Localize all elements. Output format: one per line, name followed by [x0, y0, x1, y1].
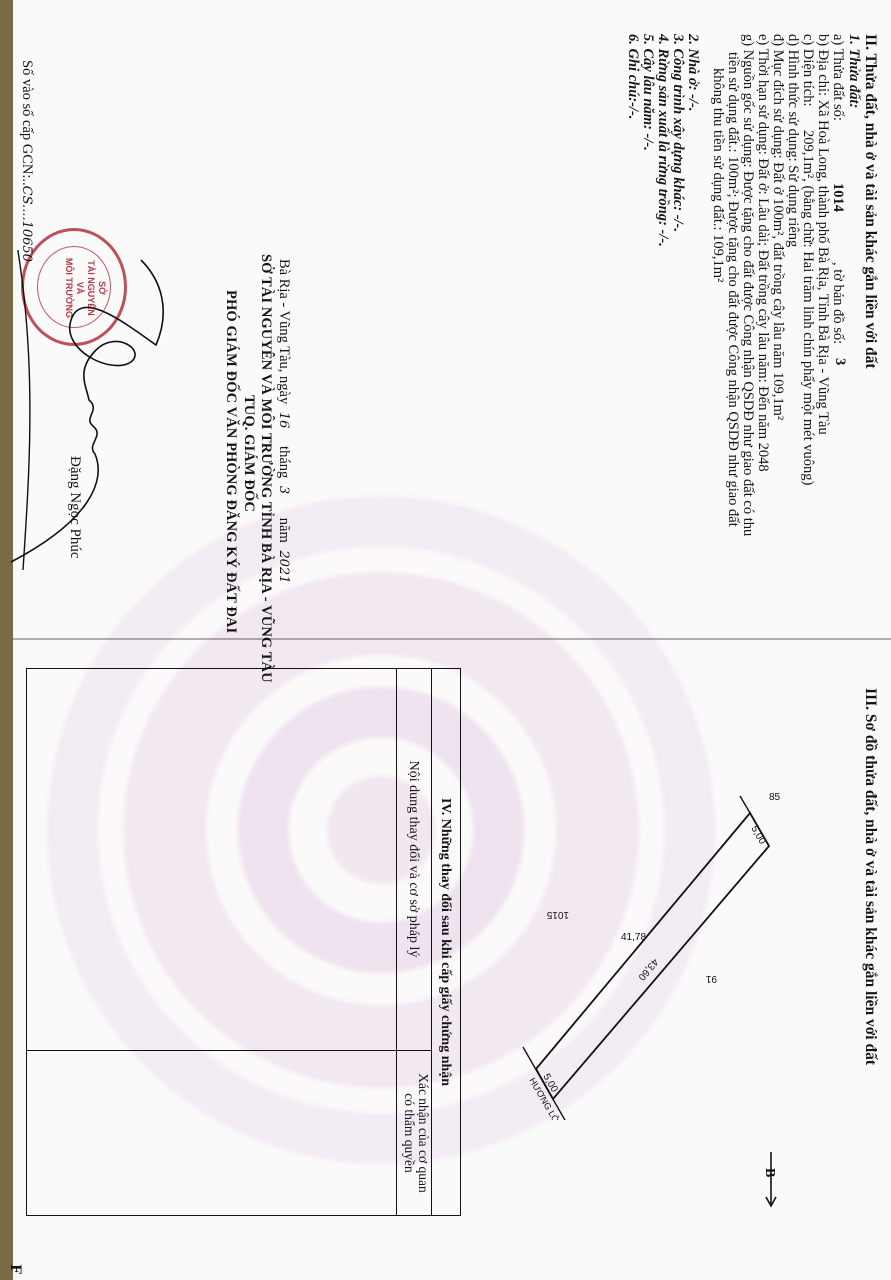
neighbor-1015: 1015 — [546, 909, 569, 920]
item-perennial: 5. Cây lâu năm: -/-. — [640, 34, 655, 151]
neighbor-85: 85 — [769, 792, 781, 803]
section-ii-title: II. Thửa đất, nhà ở và tài sản khác gắn … — [861, 34, 879, 369]
parcel-number-value: 1014 — [830, 183, 845, 212]
north-arrow-icon: B — [761, 1150, 781, 1210]
usage-purpose: đ) Mục đích sử dụng: Đất ở 100m², đất tr… — [770, 34, 785, 420]
month-label: tháng — [276, 446, 292, 478]
signer-name: Đặng Ngọc Phúc — [67, 456, 82, 558]
usage-term: e) Thời hạn sử dụng: Đất ở: Lâu dài; Đất… — [755, 34, 770, 472]
col-change-content: Nội dung thay đổi và cơ sở pháp lý — [405, 668, 421, 1050]
registry-number: Số vào sổ cấp GCN:..CS....10650 — [19, 60, 34, 262]
year-label: năm — [276, 518, 292, 543]
scan-edge — [0, 0, 13, 1280]
usage-origin-1: g) Nguồn gốc sử dụng: Được tặng cho đất … — [740, 34, 755, 536]
map-sheet-label: , tờ bản đồ số: — [830, 262, 845, 344]
certificate-page: II. Thửa đất, nhà ở và tài sản khác gắn … — [0, 0, 891, 1280]
handwritten-signature — [0, 250, 201, 570]
place-date: Bà Rịa - Vũng Tàu, ngày 16 tháng 3 năm 2… — [276, 259, 291, 583]
issuing-agency: SỞ TÀI NGUYÊN VÀ MÔI TRƯỜNG TỈNH BÀ RỊA … — [257, 254, 274, 683]
area-label: c) Diện tích: — [800, 34, 815, 106]
neighbor-91: 91 — [705, 973, 717, 984]
col-authority-confirmation: Xác nhận của cơ quan có thẩm quyền — [402, 1050, 430, 1216]
registry-label: Số vào sổ cấp GCN:.. — [19, 60, 35, 186]
page-fold — [0, 638, 891, 640]
date-month: 3 — [276, 486, 291, 494]
section-ii-sub1: 1. Thửa đất: — [846, 34, 861, 108]
corner-mark: F — [7, 1264, 23, 1274]
section-iv-title: IV. Những thay đổi sau khi cấp giấy chứn… — [437, 668, 453, 1216]
parcel-number-label: a) Thửa đất số: — [830, 34, 845, 121]
parcel-diagram: 85 5,00 41,78 43,60 1015 91 5,00 HƯƠNG L… — [491, 740, 821, 1120]
registry-value: CS....10650 — [19, 186, 34, 262]
svg-text:B: B — [762, 1168, 777, 1177]
usage-form: d) Hình thức sử dụng: Sử dụng riêng — [785, 34, 800, 247]
item-other-construction: 3. Công trình xây dựng khác: -/-. — [670, 34, 685, 232]
usage-origin-3: không thu tiền sử dụng đất.: 109,1m² — [710, 68, 725, 282]
place-date-prefix: Bà Rịa - Vũng Tàu, ngày — [276, 259, 292, 404]
item-notes: 6. Ghi chú:-/-. — [625, 34, 640, 119]
signing-authority: TUQ. GIÁM ĐỐC — [240, 395, 257, 512]
item-house: 2. Nhà ở: -/-. — [685, 34, 700, 111]
section-iii-title: III. Sơ đồ thửa đất, nhà ở và tài sản kh… — [861, 688, 879, 1065]
date-day: 16 — [276, 412, 291, 429]
map-sheet-value: 3 — [832, 358, 847, 365]
area-value: 209,1m², (bằng chữ: Hai trăm linh chín p… — [800, 130, 815, 485]
date-year: 2021 — [276, 550, 291, 583]
signer-position: PHÓ GIÁM ĐỐC VĂN PHÒNG ĐĂNG KÝ ĐẤT ĐAI — [222, 290, 239, 633]
address-line: b) Địa chỉ: Xã Hoà Long, thành phố Bà Rị… — [815, 34, 830, 435]
item-production-forest: 4. Rừng sản xuất là rừng trồng: -/-. — [655, 34, 670, 247]
edge-left-length: 41,78 — [621, 932, 646, 943]
edge-top-length: 5,00 — [748, 824, 767, 847]
usage-origin-2: tiền sử dụng đất.: 100m²; Được tặng cho … — [725, 52, 740, 527]
